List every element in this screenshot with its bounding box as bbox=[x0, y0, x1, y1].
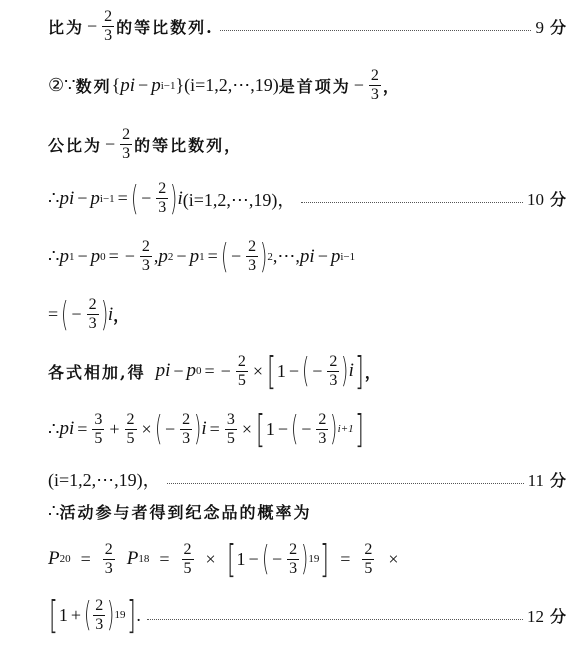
line-12: [ 1 + ( 23 )19 ] . 12分 bbox=[48, 596, 566, 634]
score-unit: 分 bbox=[550, 18, 566, 37]
numerator: 3 bbox=[92, 411, 104, 430]
line-6: = ( − 23 )i ， bbox=[48, 296, 566, 333]
number: 1 bbox=[59, 605, 68, 626]
minus-sign: − bbox=[71, 304, 81, 325]
minus-sign: − bbox=[87, 16, 97, 37]
subscript: i−1 bbox=[340, 251, 355, 263]
text: 公比为 bbox=[48, 133, 102, 156]
fraction: 23 bbox=[316, 411, 328, 448]
numerator: 2 bbox=[182, 541, 194, 560]
therefore-symbol: ∴ bbox=[48, 246, 59, 267]
denominator: 3 bbox=[103, 560, 115, 578]
numerator: 2 bbox=[369, 67, 381, 86]
numerator: 2 bbox=[246, 238, 258, 257]
subscript: 0 bbox=[196, 365, 202, 377]
ellipsis: ⋯ bbox=[277, 246, 295, 267]
bracket-close: ] bbox=[126, 596, 135, 634]
line-9: (i=1,2,⋯,19)， 11分 bbox=[48, 466, 566, 492]
brace-open: { bbox=[112, 75, 121, 96]
line-1: 比为 − 23 的等比数列. 9分 bbox=[48, 8, 566, 45]
denominator: 3 bbox=[120, 145, 132, 163]
minus-sign: − bbox=[354, 75, 364, 96]
numerator: 2 bbox=[180, 411, 192, 430]
score-value: 9 bbox=[535, 18, 544, 37]
denominator: 3 bbox=[102, 27, 114, 45]
score-unit: 分 bbox=[550, 607, 566, 626]
paren-close: ) bbox=[170, 182, 177, 216]
subscript: i bbox=[130, 75, 135, 97]
fraction: 23 bbox=[327, 353, 339, 390]
denominator: 5 bbox=[125, 430, 137, 448]
minus-sign: − bbox=[289, 361, 299, 382]
paren-close: ) bbox=[101, 298, 108, 332]
subscript: i bbox=[309, 246, 314, 268]
text: 各式相加,得 bbox=[48, 360, 146, 383]
text: 的等比数列， bbox=[134, 133, 242, 156]
minus-sign: − bbox=[301, 419, 311, 440]
times-sign: × bbox=[206, 549, 216, 570]
numerator: 2 bbox=[316, 411, 328, 430]
equals-sign: = bbox=[118, 188, 128, 209]
paren-close: ) bbox=[194, 412, 201, 446]
minus-sign: − bbox=[231, 246, 241, 267]
fraction: 23 bbox=[156, 180, 168, 217]
equals-sign: = bbox=[77, 419, 87, 440]
bracket-close: ] bbox=[355, 410, 364, 448]
therefore-symbol: ∴ bbox=[48, 419, 59, 440]
denominator: 3 bbox=[316, 430, 328, 448]
because-symbol: ∵ bbox=[64, 75, 75, 96]
score-label: 11分 bbox=[528, 468, 566, 491]
paren-close: ) bbox=[301, 542, 308, 576]
comma: ， bbox=[365, 360, 383, 383]
exponent: i+1 bbox=[338, 423, 354, 435]
minus-sign: − bbox=[312, 361, 322, 382]
score-unit: 分 bbox=[550, 190, 566, 209]
denominator: 3 bbox=[140, 257, 152, 275]
numerator: 3 bbox=[225, 411, 237, 430]
score-value: 12 bbox=[527, 607, 544, 626]
denominator: 3 bbox=[327, 372, 339, 390]
minus-sign: − bbox=[249, 549, 259, 570]
numerator: 2 bbox=[236, 353, 248, 372]
text: 的等比数列. bbox=[116, 15, 214, 38]
var-p: p bbox=[59, 418, 69, 440]
text: 是首项为 bbox=[279, 74, 351, 97]
exponent: 19 bbox=[308, 553, 319, 565]
plus-sign: + bbox=[71, 605, 81, 626]
fraction: 23 bbox=[87, 296, 99, 333]
exponent: i bbox=[349, 360, 354, 382]
score-label: 12分 bbox=[527, 604, 566, 627]
minus-sign: − bbox=[318, 246, 328, 267]
paren-open: ( bbox=[61, 298, 68, 332]
fraction: 35 bbox=[225, 411, 237, 448]
denominator: 3 bbox=[156, 199, 168, 217]
equals-sign: = bbox=[48, 304, 58, 325]
times-sign: × bbox=[242, 419, 252, 440]
fraction: 23 bbox=[120, 126, 132, 163]
index-range: (i=1,2,⋯,19)， bbox=[48, 466, 161, 492]
bracket-open: [ bbox=[227, 540, 236, 578]
therefore-symbol: ∴ bbox=[48, 188, 59, 209]
subscript: i bbox=[69, 188, 74, 210]
denominator: 3 bbox=[246, 257, 258, 275]
bracket-open: [ bbox=[267, 352, 276, 390]
circled-number: ② bbox=[48, 75, 64, 96]
var-p: p bbox=[151, 75, 161, 97]
number: 1 bbox=[277, 361, 286, 382]
var-p: p bbox=[156, 360, 166, 382]
score-value: 10 bbox=[527, 190, 544, 209]
equals-sign: = bbox=[109, 246, 119, 267]
var-p: p bbox=[187, 360, 197, 382]
score-label: 9分 bbox=[535, 15, 566, 38]
score-label: 10分 bbox=[527, 187, 566, 210]
exponent: 19 bbox=[115, 609, 126, 621]
numerator: 2 bbox=[93, 597, 105, 616]
equals-sign: = bbox=[208, 246, 218, 267]
var-p: p bbox=[158, 246, 168, 268]
paren-close: ) bbox=[330, 412, 337, 446]
var-p: p bbox=[300, 246, 310, 268]
var-p: p bbox=[331, 246, 341, 268]
numerator: 2 bbox=[102, 8, 114, 27]
minus-sign: − bbox=[176, 246, 186, 267]
subscript: 1 bbox=[199, 251, 205, 263]
fraction: 25 bbox=[236, 353, 248, 390]
paren-close: ) bbox=[107, 598, 114, 632]
fraction: 23 bbox=[140, 238, 152, 275]
subscript: 20 bbox=[60, 553, 71, 565]
bracket-open: [ bbox=[49, 596, 58, 634]
numerator: 2 bbox=[103, 541, 115, 560]
number: 1 bbox=[237, 549, 246, 570]
line-3: 公比为 − 23 的等比数列， bbox=[48, 126, 566, 163]
denominator: 5 bbox=[236, 372, 248, 390]
comma: ， bbox=[383, 74, 401, 97]
denominator: 3 bbox=[93, 616, 105, 634]
fraction: 25 bbox=[125, 411, 137, 448]
times-sign: × bbox=[253, 361, 263, 382]
fraction: 25 bbox=[362, 541, 374, 578]
denominator: 3 bbox=[287, 560, 299, 578]
fraction: 25 bbox=[182, 541, 194, 578]
minus-sign: − bbox=[138, 75, 148, 96]
minus-sign: − bbox=[278, 419, 288, 440]
fraction: 23 bbox=[246, 238, 258, 275]
text: 比为 bbox=[48, 15, 84, 38]
fraction: 23 bbox=[287, 541, 299, 578]
var-P: P bbox=[48, 548, 60, 570]
denominator: 3 bbox=[180, 430, 192, 448]
minus-sign: − bbox=[125, 246, 135, 267]
comma: ， bbox=[113, 303, 131, 326]
subscript: 1 bbox=[69, 251, 75, 263]
var-p: p bbox=[90, 188, 100, 210]
period: . bbox=[136, 605, 141, 626]
numerator: 2 bbox=[120, 126, 132, 145]
text: 数列 bbox=[76, 74, 112, 97]
paren-close: ) bbox=[341, 354, 348, 388]
denominator: 5 bbox=[92, 430, 104, 448]
minus-sign: − bbox=[173, 361, 183, 382]
paren-open: ( bbox=[221, 240, 228, 274]
therefore-symbol: ∴ bbox=[48, 501, 59, 522]
index-range: (i=1,2,⋯,19) bbox=[184, 75, 279, 96]
subscript: 2 bbox=[168, 251, 174, 263]
equals-sign: = bbox=[205, 361, 215, 382]
minus-sign: − bbox=[221, 361, 231, 382]
minus-sign: − bbox=[105, 134, 115, 155]
bracket-close: ] bbox=[355, 352, 364, 390]
brace-close: } bbox=[175, 75, 184, 96]
line-11: P20 = 23 P18 = 25 × [ 1 − ( − 23 )19 ] =… bbox=[48, 540, 566, 578]
paren-close: ) bbox=[260, 240, 267, 274]
exponent: i bbox=[201, 418, 206, 440]
fraction: 23 bbox=[180, 411, 192, 448]
numerator: 2 bbox=[327, 353, 339, 372]
var-p: p bbox=[120, 75, 130, 97]
paren-open: ( bbox=[302, 354, 309, 388]
numerator: 2 bbox=[140, 238, 152, 257]
bracket-open: [ bbox=[256, 410, 265, 448]
score-unit: 分 bbox=[550, 471, 566, 490]
fraction: 23 bbox=[102, 8, 114, 45]
var-p: p bbox=[59, 246, 69, 268]
var-p: p bbox=[190, 246, 200, 268]
dotted-leader bbox=[167, 483, 524, 484]
paren-open: ( bbox=[262, 542, 269, 576]
paren-open: ( bbox=[291, 412, 298, 446]
text: 活动参与者得到纪念品的概率为 bbox=[59, 500, 311, 523]
line-5: ∴ p1 − p0 = − 23 , p2 − p1 = ( − 23 )2 ,… bbox=[48, 238, 566, 275]
fraction: 35 bbox=[92, 411, 104, 448]
dotted-leader bbox=[301, 202, 523, 203]
numerator: 2 bbox=[156, 180, 168, 199]
denominator: 3 bbox=[369, 86, 381, 104]
var-p: p bbox=[91, 246, 101, 268]
equals-sign: = bbox=[81, 549, 91, 570]
dotted-leader bbox=[220, 30, 532, 31]
times-sign: × bbox=[142, 419, 152, 440]
line-4: ∴ pi − pi−1 = ( − 23 )i (i=1,2,⋯,19)， 10… bbox=[48, 180, 566, 217]
numerator: 2 bbox=[287, 541, 299, 560]
fraction: 23 bbox=[93, 597, 105, 634]
var-P: P bbox=[127, 548, 139, 570]
numerator: 2 bbox=[125, 411, 137, 430]
numerator: 2 bbox=[87, 296, 99, 315]
minus-sign: − bbox=[272, 549, 282, 570]
score-value: 11 bbox=[528, 471, 544, 490]
paren-open: ( bbox=[155, 412, 162, 446]
denominator: 5 bbox=[182, 560, 194, 578]
subscript: i−1 bbox=[100, 193, 115, 205]
times-sign: × bbox=[388, 549, 398, 570]
numerator: 2 bbox=[362, 541, 374, 560]
denominator: 5 bbox=[225, 430, 237, 448]
equals-sign: = bbox=[340, 549, 350, 570]
index-range: (i=1,2,⋯,19)， bbox=[183, 186, 296, 212]
minus-sign: − bbox=[165, 419, 175, 440]
minus-sign: − bbox=[77, 188, 87, 209]
denominator: 3 bbox=[87, 315, 99, 333]
plus-sign: + bbox=[109, 419, 119, 440]
fraction: 23 bbox=[369, 67, 381, 104]
subscript: 0 bbox=[100, 251, 106, 263]
equals-sign: = bbox=[210, 419, 220, 440]
subscript: i bbox=[165, 360, 170, 382]
minus-sign: − bbox=[77, 246, 87, 267]
line-2: ② ∵ 数列 { pi − pi−1 } (i=1,2,⋯,19) 是首项为 −… bbox=[48, 67, 566, 104]
fraction: 23 bbox=[103, 541, 115, 578]
paren-open: ( bbox=[131, 182, 138, 216]
line-10: ∴ 活动参与者得到纪念品的概率为 bbox=[48, 500, 566, 523]
subscript: i bbox=[69, 418, 74, 440]
dotted-leader bbox=[147, 619, 523, 620]
line-8: ∴ pi = 35 + 25 × ( − 23 )i = 35 × [ 1 − … bbox=[48, 410, 566, 448]
denominator: 5 bbox=[362, 560, 374, 578]
subscript: i−1 bbox=[161, 80, 176, 92]
subscript: 18 bbox=[138, 553, 149, 565]
line-7: 各式相加,得 pi − p0 = − 25 × [ 1 − ( − 23 )i … bbox=[48, 352, 566, 390]
minus-sign: − bbox=[141, 188, 151, 209]
equals-sign: = bbox=[159, 549, 169, 570]
paren-open: ( bbox=[84, 598, 91, 632]
var-p: p bbox=[59, 188, 69, 210]
number: 1 bbox=[266, 419, 275, 440]
bracket-close: ] bbox=[320, 540, 329, 578]
